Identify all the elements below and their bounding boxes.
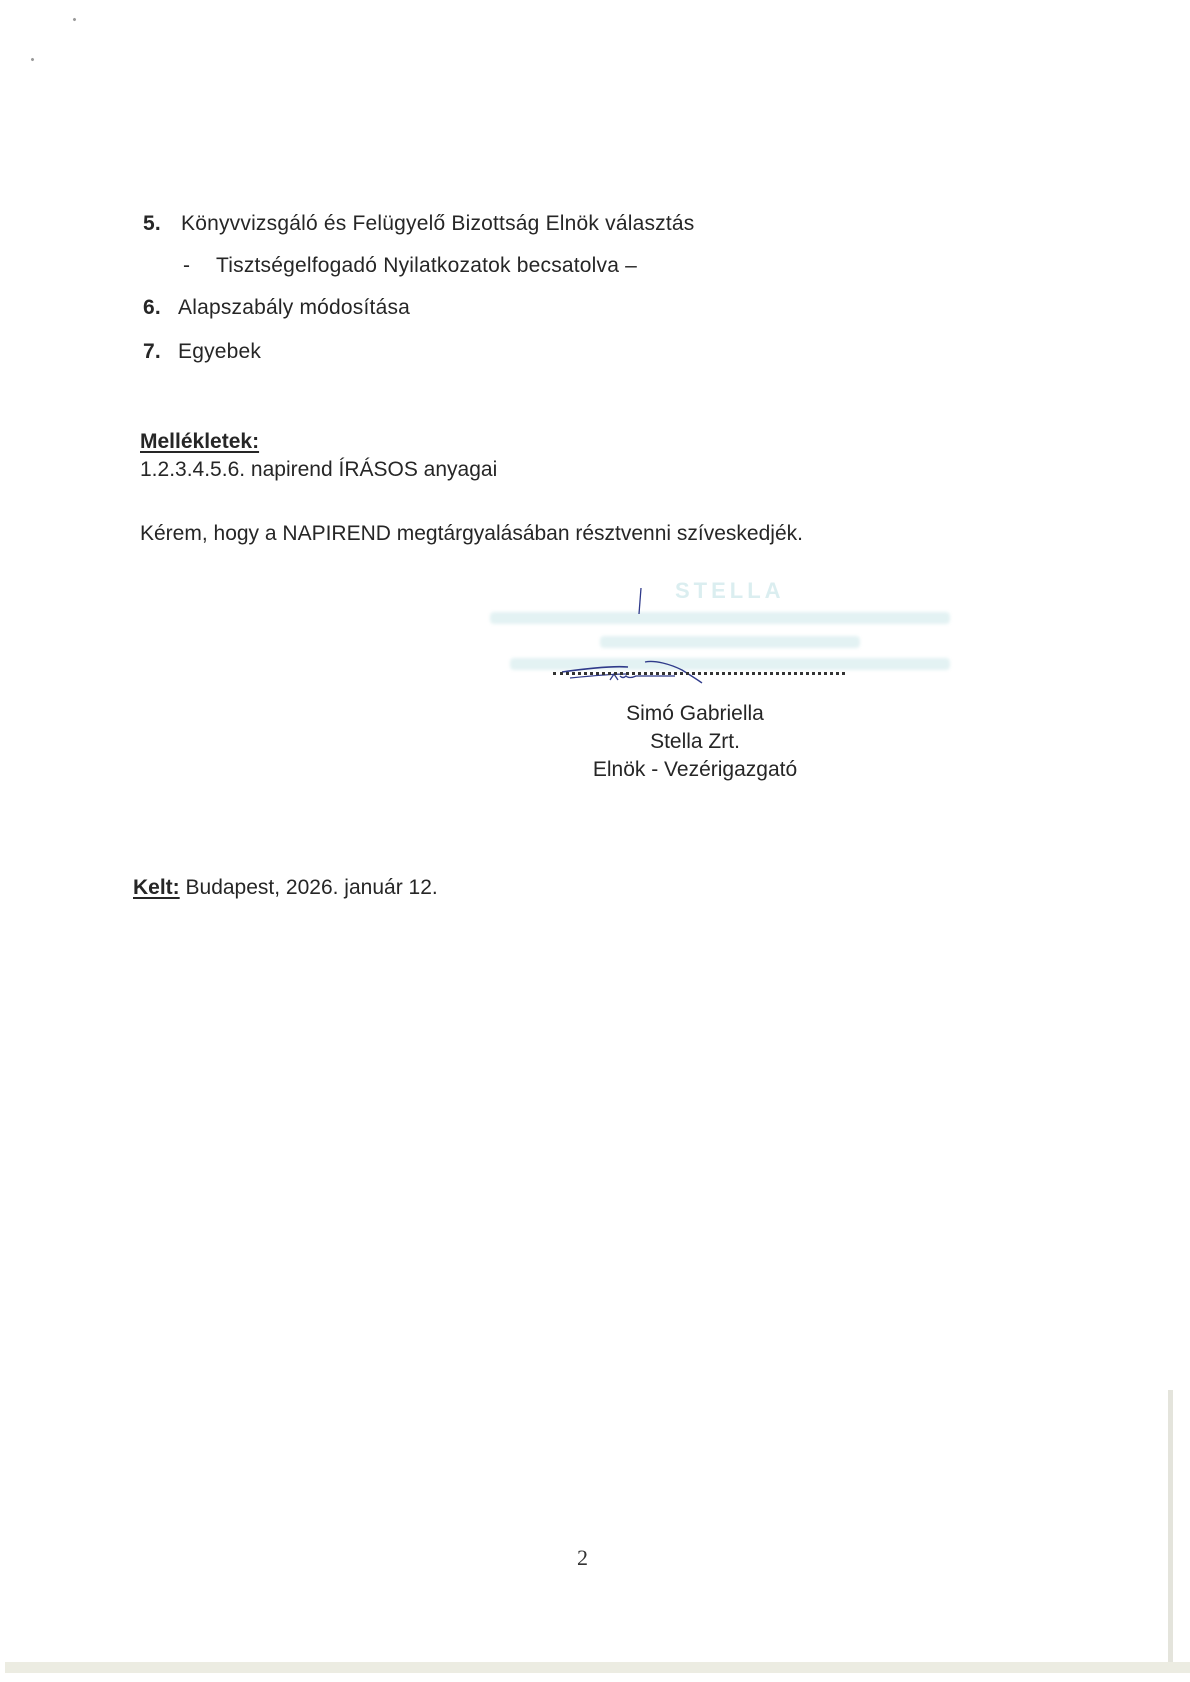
date-label: Kelt:	[133, 876, 180, 899]
document-page: 5. Könyvvizsgáló és Felügyelő Bizottság …	[0, 0, 1190, 1682]
date-value: Budapest, 2026. január 12.	[186, 876, 438, 899]
agenda-text: Könyvvizsgáló és Felügyelő Bizottság Eln…	[181, 212, 695, 236]
attachments-heading: Mellékletek:	[140, 430, 259, 454]
agenda-text: Tisztségelfogadó Nyilatkozatok becsatolv…	[216, 254, 637, 278]
page-number: 2	[577, 1545, 588, 1571]
attachments-text: 1.2.3.4.5.6. napirend ÍRÁSOS anyagai	[140, 458, 497, 482]
handwritten-signature	[560, 650, 780, 690]
agenda-number: 7.	[143, 340, 161, 364]
agenda-text: Alapszabály módosítása	[178, 296, 410, 320]
stamp-title: STELLA	[675, 578, 785, 604]
agenda-number: 6.	[143, 296, 161, 320]
date-line: Kelt: Budapest, 2026. január 12.	[133, 876, 438, 900]
bullet-dash: -	[183, 254, 190, 278]
request-text: Kérem, hogy a NAPIREND megtárgyalásában …	[140, 522, 803, 546]
scan-speck	[30, 57, 34, 61]
agenda-text: Egyebek	[178, 340, 261, 364]
scan-speck	[72, 17, 76, 21]
signatory-name: Simó Gabriella	[590, 700, 800, 728]
signatory-company: Stella Zrt.	[590, 728, 800, 756]
signature-line	[553, 672, 845, 675]
signatory-role: Elnök - Vezérigazgató	[550, 756, 840, 784]
signatory-block: Simó Gabriella Stella Zrt. Elnök - Vezér…	[590, 700, 800, 784]
scan-edge-bottom	[5, 1662, 1190, 1673]
stamp-line	[600, 636, 860, 648]
stamp-line	[490, 612, 950, 624]
signature-stroke	[636, 586, 644, 616]
agenda-number: 5.	[143, 212, 161, 236]
scan-edge-right	[1168, 1390, 1173, 1665]
